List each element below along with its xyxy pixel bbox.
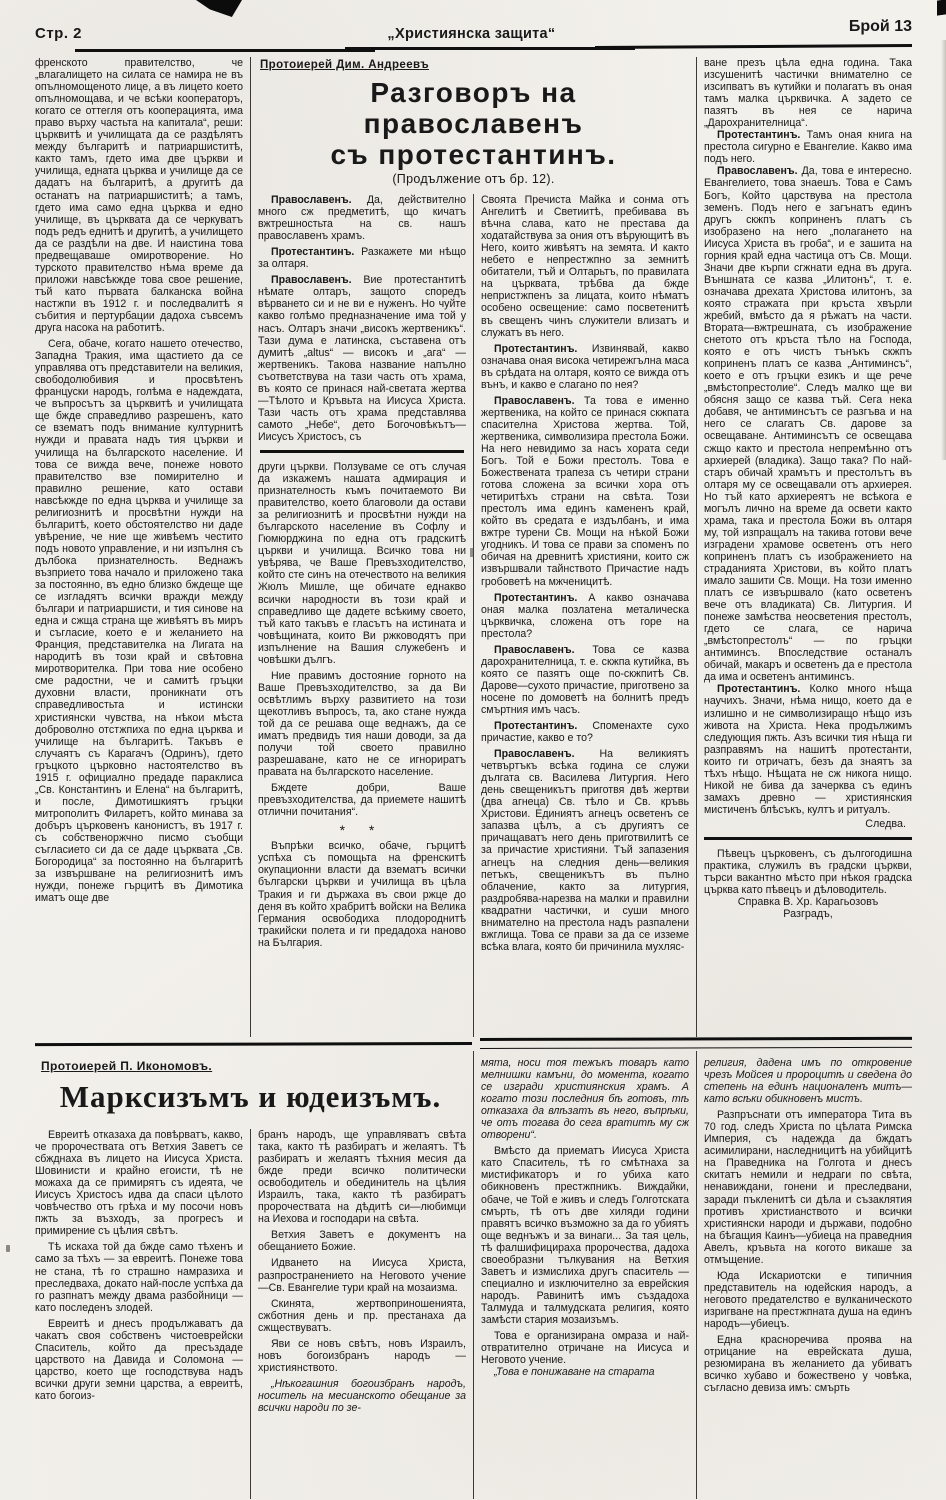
paragraph: Юда Искариотски е типичния представитель…: [704, 1270, 912, 1330]
speaker-label: Православенъ.: [717, 165, 798, 177]
speaker-label: Православенъ.: [271, 194, 352, 206]
dialog-paragraph: Православенъ. На великиятъ четвъртъкъ вс…: [481, 748, 689, 953]
paragraph: Разпръснати отъ императора Тита въ 70 го…: [704, 1109, 912, 1266]
bottom-column-2: бранъ народъ, ще управляватъ свѣта така,…: [258, 1129, 466, 1499]
speaker-label: Протестантинъ.: [717, 129, 800, 141]
dialog-paragraph: Протестантинъ. Споменахте сухо причастие…: [481, 720, 689, 744]
speaker-label: Протестантинъ.: [494, 720, 577, 732]
speaker-label: Протестантинъ.: [494, 343, 577, 355]
bottom-column-3: мята, носи тоя тежъкъ товаръ като мелниш…: [481, 1051, 689, 1499]
article-title-line1: Разговоръ на православенъ: [364, 77, 584, 139]
dialog-paragraph: Православенъ. Да, действително много сж …: [258, 194, 466, 242]
bottom-section: Протоиерей П. Икономовъ. Марксизъмъ и юд…: [35, 1051, 912, 1499]
scan-speck: [6, 1245, 10, 1252]
rule-segment: [345, 47, 635, 50]
paragraph: Евреитѣ отказаха да повѣрватъ, какво, че…: [35, 1129, 243, 1237]
column-rule: [696, 57, 697, 1037]
quote-paragraph: религия, дадена имъ по откровение чрезъ …: [704, 1057, 912, 1105]
article-dialog: Протоиерей Дим. Андреевъ Разговоръ на пр…: [258, 57, 689, 1037]
article-columns: Евреитѣ отказаха да повѣрватъ, какво, че…: [35, 1129, 466, 1499]
bottom-column-1: Евреитѣ отказаха да повѣрватъ, какво, че…: [35, 1129, 243, 1499]
paragraph: други църкви. Ползуваме се отъ случая да…: [258, 461, 466, 666]
article-title-line2: съ протестантинъ.: [330, 139, 616, 170]
dialog-text: На великиятъ четвъртъкъ всѣка година се …: [481, 748, 689, 953]
divider-single-rule: [35, 1042, 472, 1046]
ad-city-line: Разградъ,: [704, 908, 912, 920]
dialog-paragraph: Православенъ. Това се казва дарохранител…: [481, 644, 689, 716]
asterisk-separator: * *: [258, 823, 466, 837]
column-rule: [473, 1051, 474, 1499]
paragraph: френското правителство, че „влагалището …: [35, 57, 243, 334]
paragraph: Бждете добри, Ваше превъзходителства, да…: [258, 782, 466, 818]
paragraph: Своята Пречиста Майка и сонма отъ Ангели…: [481, 194, 689, 339]
dialog-paragraph: Православенъ. Вие протестантитѣ нѣмате о…: [258, 274, 466, 443]
header-rule: [35, 44, 912, 54]
speaker-label: Протестантинъ.: [494, 592, 577, 604]
article-subtitle: (Продължение отъ бр. 12).: [258, 173, 689, 185]
article-title: Марксизъмъ и юдеизъмъ.: [35, 1079, 466, 1115]
top-section: френското правителство, че „влагалището …: [35, 57, 912, 1037]
article-author: Протоиерей П. Икономовъ.: [41, 1059, 466, 1073]
speaker-label: Протестантинъ.: [717, 683, 800, 695]
article-title: Разговоръ на православенъ съ протестанти…: [258, 77, 689, 170]
dialog-text: Да, това е интересно. Евангелието, това …: [704, 165, 912, 683]
column-2: Православенъ. Да, действително много сж …: [258, 194, 466, 1037]
column-4: ване презъ цѣла една година. Така изсуше…: [704, 57, 912, 1037]
section-divider: [35, 1036, 912, 1050]
masthead-title: „Християнска защита“: [387, 26, 555, 42]
column-rule: [250, 57, 251, 1037]
speaker-label: Православенъ.: [271, 274, 352, 286]
paragraph: ване презъ цѣла една година. Така изсуше…: [704, 57, 912, 129]
dialog-paragraph: Протестантинъ. Колко много нѣща научихъ.…: [704, 683, 912, 816]
rule-segment: [595, 44, 912, 49]
rule-segment: [75, 49, 375, 52]
scan-artifact-corner: [937, 0, 946, 16]
column-1: френското правителство, че „влагалището …: [35, 57, 243, 1037]
speaker-label: Протестантинъ.: [271, 246, 354, 258]
column-rule: [473, 194, 474, 1037]
dialog-paragraph: Протестантинъ. А какво означава оная мал…: [481, 592, 689, 640]
divider-double-rule: [480, 1036, 912, 1048]
column-rule: [696, 1051, 697, 1499]
quote-paragraph: „Нѣкогашния богоизбранъ народъ, носитель…: [258, 1378, 466, 1414]
column-3: Своята Пречиста Майка и сонма отъ Ангели…: [481, 194, 689, 1037]
paragraph: Скинята, жертвоприношенията, сжботния де…: [258, 1298, 466, 1334]
article-author: Протоиерей Дим. Андреевъ: [260, 59, 689, 71]
bottom-column-4: религия, дадена имъ по откровение чрезъ …: [704, 1051, 912, 1499]
ad-contact-line: Справка В. Хр. Карагьозовъ: [704, 896, 912, 908]
paragraph: Вмѣсто да приематъ Иисуса Христа като Сп…: [481, 1145, 689, 1326]
speaker-label: Православенъ.: [494, 644, 575, 656]
dialog-paragraph: Православенъ. Та това е именно жертвеник…: [481, 395, 689, 588]
paragraph: Яви се новъ свѣтъ, новъ Израилъ, новъ бо…: [258, 1338, 466, 1374]
ad-rule: [704, 837, 912, 840]
dialog-paragraph: Протестантинъ. Извинявай, какво означава…: [481, 343, 689, 391]
quote-paragraph: „Това е понижаване на старата: [481, 1366, 689, 1378]
paragraph: Една красноречива проява на отрицание на…: [704, 1334, 912, 1394]
article-break-rule: [260, 450, 464, 453]
article-columns: Православенъ. Да, действително много сж …: [258, 194, 689, 1037]
dialog-paragraph: Протестантинъ. Тамъ оная книга на престо…: [704, 129, 912, 165]
paragraph: Въпрѣки всичко, обаче, гърцитѣ успѣха съ…: [258, 840, 466, 948]
page-header: Стр. 2 „Християнска защита“ Брой 13: [35, 14, 912, 42]
paragraph: бранъ народъ, ще управляватъ свѣта така,…: [258, 1129, 466, 1225]
paragraph: Идването на Иисуса Христа, разпространен…: [258, 1257, 466, 1293]
dialog-paragraph: Православенъ. Да, това е интересно. Еван…: [704, 165, 912, 683]
dialog-paragraph: Протестантинъ. Разкажете ми нѣщо за олта…: [258, 246, 466, 270]
newspaper-page: Стр. 2 „Християнска защита“ Брой 13 френ…: [0, 0, 946, 1500]
speaker-label: Православенъ.: [494, 395, 575, 407]
column-rule: [250, 1129, 251, 1499]
article-marxism: Протоиерей П. Икономовъ. Марксизъмъ и юд…: [35, 1051, 466, 1499]
paragraph: Евреитѣ и днесъ продължаватъ да чакатъ с…: [35, 1318, 243, 1402]
scan-speck: [470, 548, 473, 557]
continuation-note: Следва.: [704, 818, 912, 830]
paragraph: Ветхия Заветъ е документъ на обещанието …: [258, 1229, 466, 1253]
dialog-text: Вие протестантитѣ нѣмате олтаръ, защото …: [258, 274, 466, 443]
speaker-label: Православенъ.: [494, 748, 575, 760]
page-edge-shadow: [941, 40, 946, 460]
page-number-label: Стр. 2: [35, 25, 82, 42]
classified-ad-text: Пѣвецъ църковенъ, съ дългогодишна практи…: [704, 848, 912, 896]
paragraph: Тѣ искаха той да бжде само тѣхенъ и само…: [35, 1241, 243, 1313]
quote-paragraph: мята, носи тоя тежъкъ товаръ като мелниш…: [481, 1057, 689, 1141]
paragraph: Сега, обаче, когато нашето отечество, За…: [35, 338, 243, 904]
paragraph: Това е организирана омраза и най-отврати…: [481, 1330, 689, 1366]
dialog-text: Та това е именно жертвеника, на който се…: [481, 395, 689, 588]
dialog-text: Колко много нѣща научихъ. Значи, нѣма ни…: [704, 683, 912, 815]
issue-number-label: Брой 13: [849, 18, 912, 36]
paragraph: Ние правимъ достояние горното на Ваше Пр…: [258, 670, 466, 778]
